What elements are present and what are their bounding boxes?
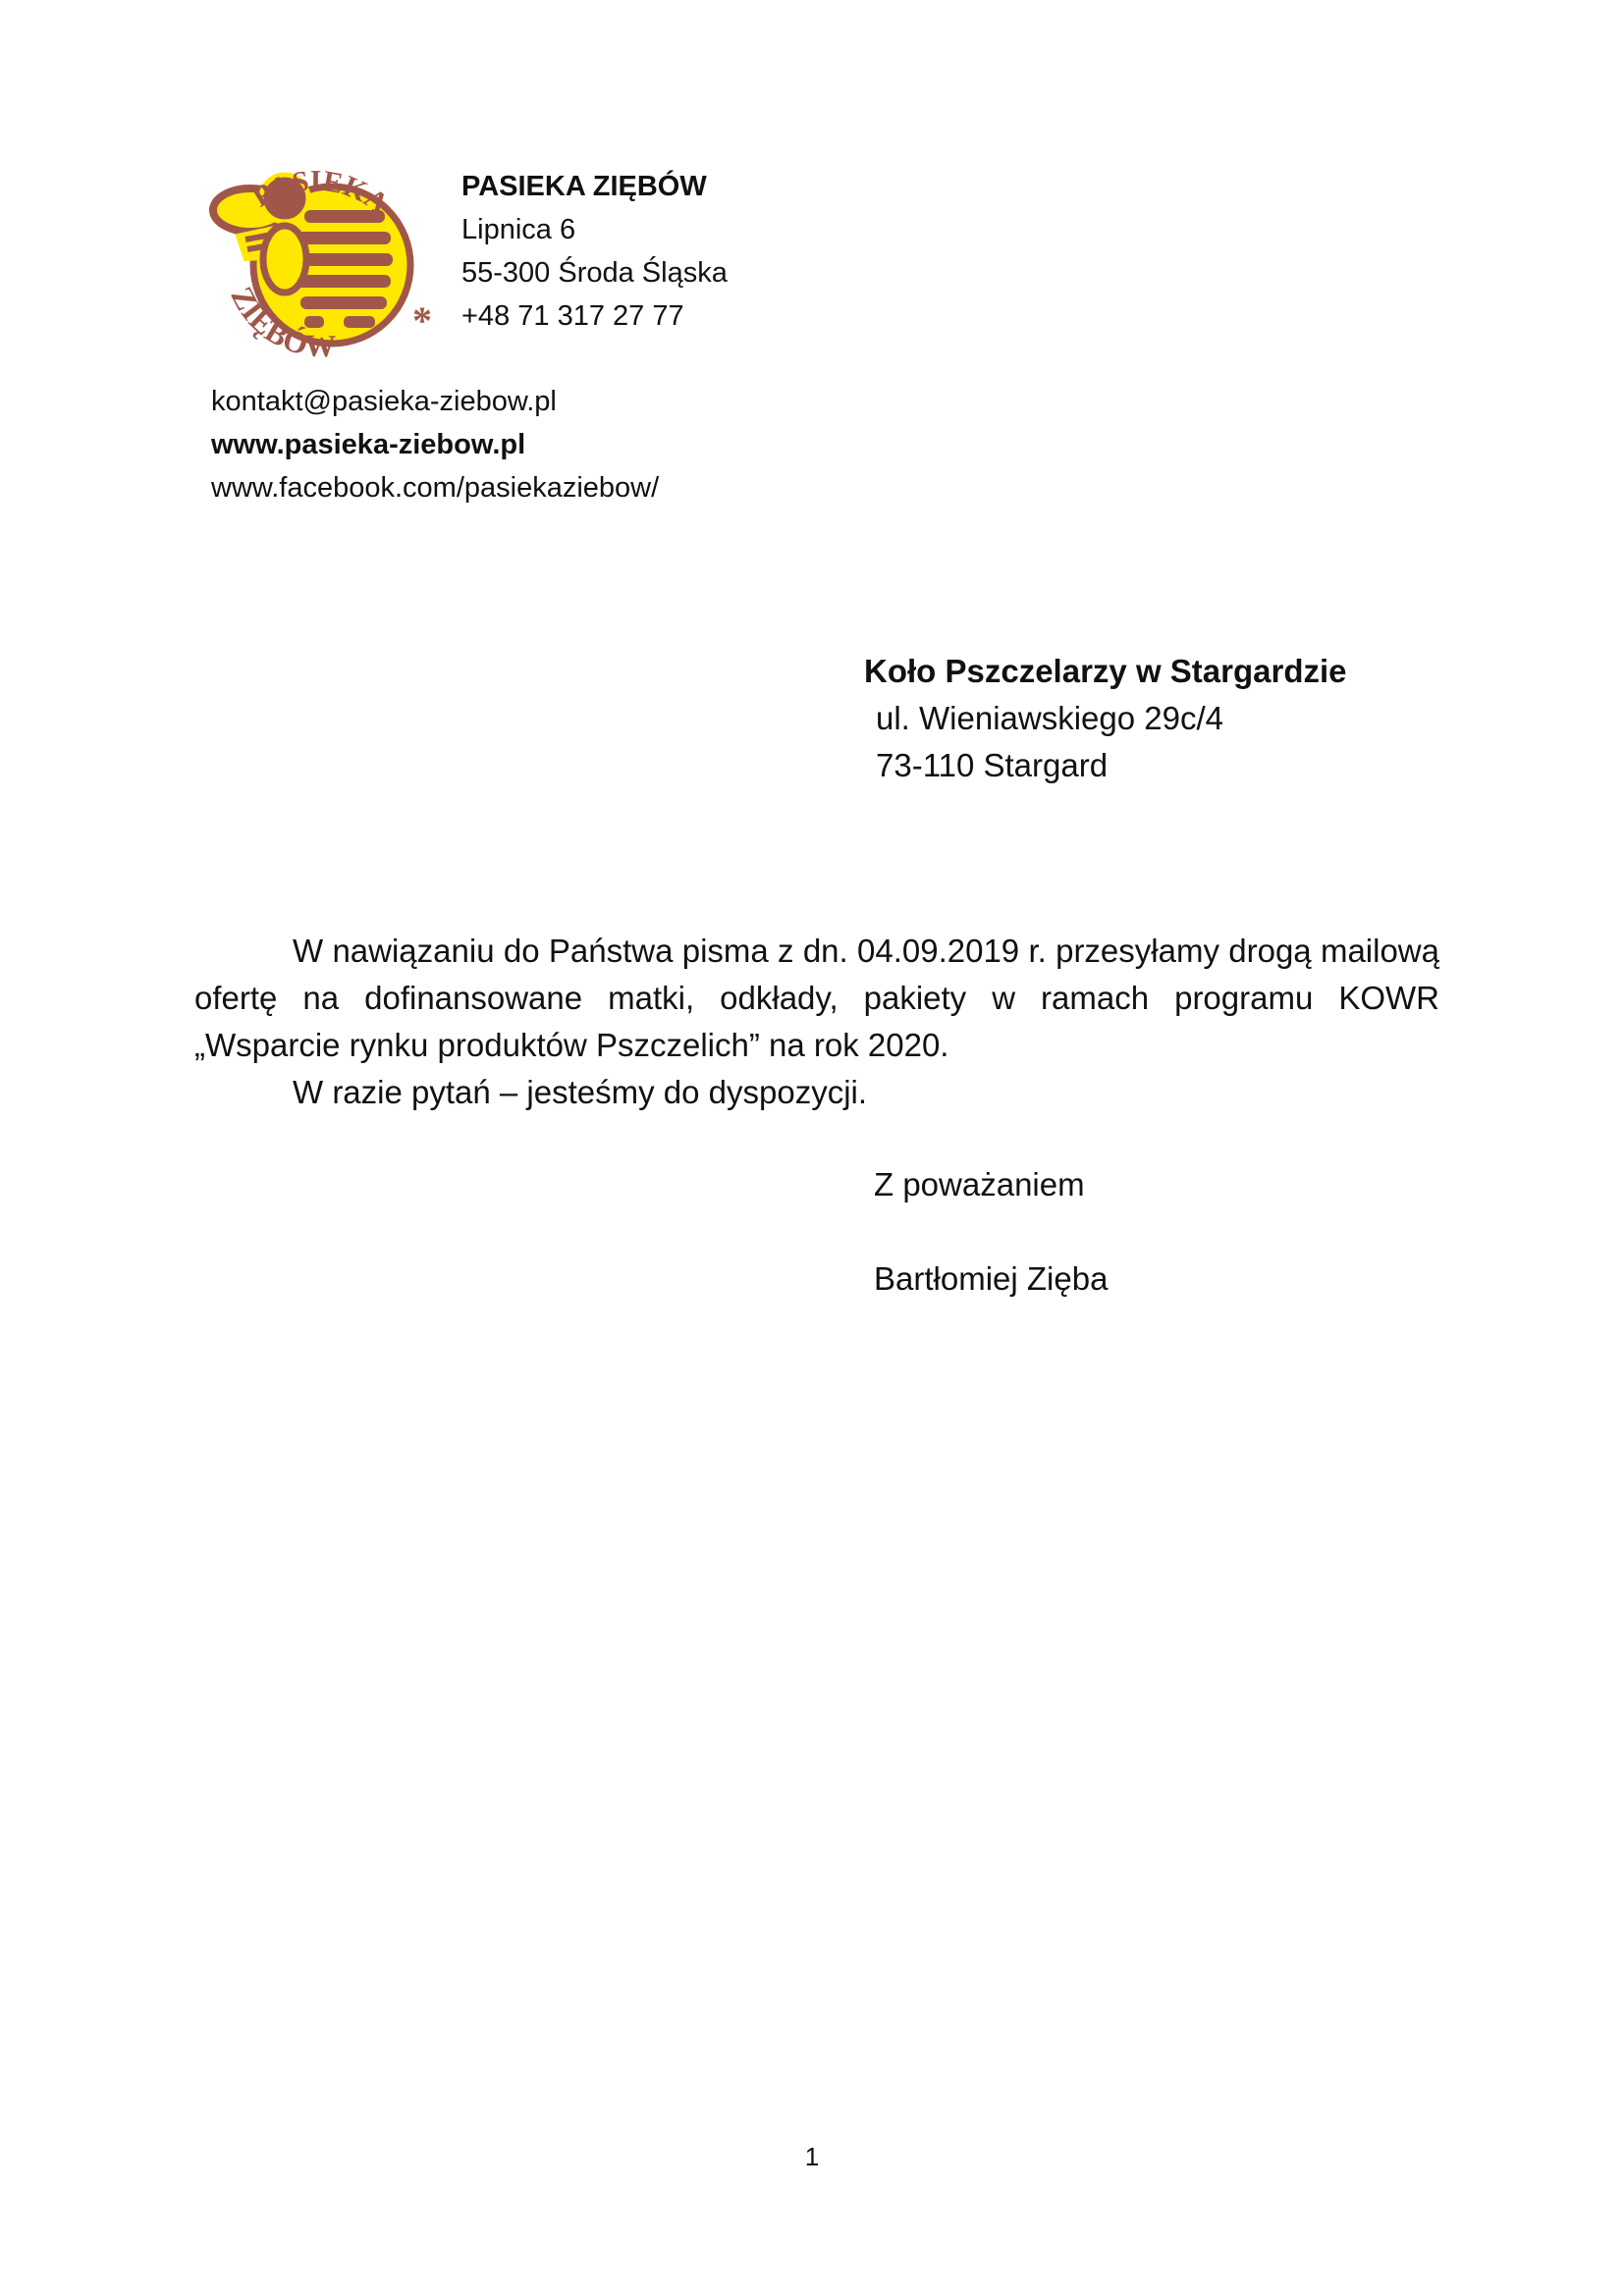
letter-body: W nawiązaniu do Państwa pisma z dn. 04.0… xyxy=(194,928,1439,1116)
page-number: 1 xyxy=(0,2142,1624,2172)
sender-website: www.pasieka-ziebow.pl xyxy=(211,423,659,466)
sender-facebook: www.facebook.com/pasiekaziebow/ xyxy=(211,466,659,509)
sender-email: kontakt@pasieka-ziebow.pl xyxy=(211,380,659,423)
recipient-name: Koło Pszczelarzy w Stargardzie xyxy=(864,648,1347,695)
sender-phone: +48 71 317 27 77 xyxy=(461,294,728,338)
sender-contact: kontakt@pasieka-ziebow.pl www.pasieka-zi… xyxy=(211,380,659,509)
sender-header: PASIEKA ZIĘBÓW Lipnica 6 55-300 Środa Śl… xyxy=(461,165,728,338)
sender-city: 55-300 Środa Śląska xyxy=(461,251,728,294)
body-paragraph-2: W razie pytań – jesteśmy do dyspozycji. xyxy=(194,1069,1439,1116)
asterisk-icon: * xyxy=(412,298,432,343)
sender-street: Lipnica 6 xyxy=(461,208,728,251)
signature: Bartłomiej Zięba xyxy=(874,1255,1108,1303)
body-paragraph-1: W nawiązaniu do Państwa pisma z dn. 04.0… xyxy=(194,928,1439,1069)
recipient-street: ul. Wieniawskiego 29c/4 xyxy=(864,695,1347,742)
sender-name: PASIEKA ZIĘBÓW xyxy=(461,165,728,208)
bee-icon: PASIEKA ZIĘBÓW * xyxy=(206,149,434,373)
recipient-city: 73-110 Stargard xyxy=(864,742,1347,789)
recipient-address: Koło Pszczelarzy w Stargardzie ul. Wieni… xyxy=(864,648,1347,789)
closing: Z poważaniem xyxy=(874,1161,1085,1208)
pasieka-ziebow-logo: PASIEKA ZIĘBÓW * xyxy=(206,149,434,373)
